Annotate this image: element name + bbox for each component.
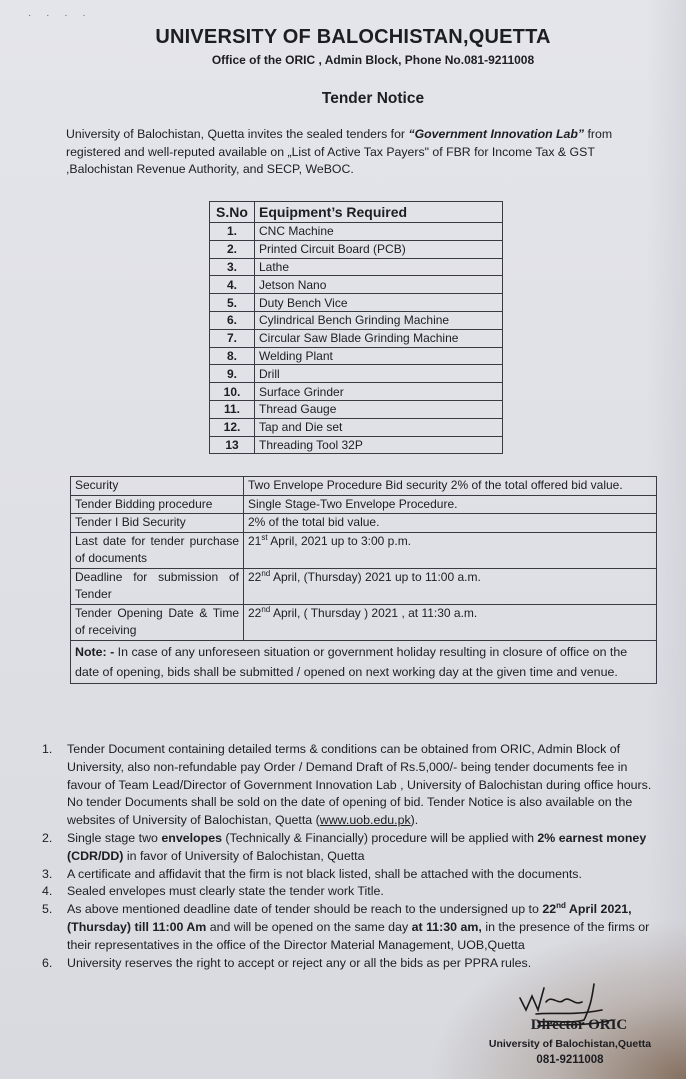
equipment-name: Tap and Die set: [255, 418, 503, 436]
equipment-sno: 1.: [210, 223, 255, 241]
term-item: 4. Sealed envelopes must clearly state t…: [42, 883, 664, 901]
equipment-sno: 10.: [210, 383, 255, 401]
equipment-row: 4.Jetson Nano: [210, 276, 503, 294]
equipment-name: Circular Saw Blade Grinding Machine: [255, 329, 503, 347]
equipment-name: Welding Plant: [255, 347, 503, 365]
col-equipment: Equipment’s Required: [255, 202, 503, 223]
equipment-header-row: S.No Equipment’s Required: [210, 202, 503, 223]
details-row: Tender I Bid Security 2% of the total bi…: [71, 514, 657, 533]
details-row: Security Two Envelope Procedure Bid secu…: [71, 477, 657, 496]
equipment-row: 13Threading Tool 32P: [210, 436, 503, 454]
equipment-row: 9.Drill: [210, 365, 503, 383]
equipment-name: Drill: [255, 365, 503, 383]
equipment-row: 11.Thread Gauge: [210, 400, 503, 418]
paper-specks: · · · ·: [28, 10, 92, 21]
office-subtitle: Office of the ORIC , Admin Block, Phone …: [0, 53, 686, 67]
equipment-sno: 2.: [210, 240, 255, 258]
equipment-sno: 7.: [210, 329, 255, 347]
equipment-sno: 4.: [210, 276, 255, 294]
website-link[interactable]: www.uob.edu.pk: [320, 813, 411, 827]
details-label: Deadline for submission of Tender: [71, 568, 244, 604]
equipment-table: S.No Equipment’s Required 1.CNC Machine2…: [209, 201, 503, 454]
details-label: Tender Bidding procedure: [71, 495, 244, 514]
details-row: Last date for tender purchase of documen…: [71, 532, 657, 568]
equipment-row: 10.Surface Grinder: [210, 383, 503, 401]
equipment-name: Jetson Nano: [255, 276, 503, 294]
details-label: Tender I Bid Security: [71, 514, 244, 533]
equipment-sno: 6.: [210, 311, 255, 329]
equipment-row: 5.Duty Bench Vice: [210, 294, 503, 312]
details-label: Security: [71, 477, 244, 496]
equipment-row: 6.Cylindrical Bench Grinding Machine: [210, 311, 503, 329]
equipment-row: 8.Welding Plant: [210, 347, 503, 365]
details-value: 22nd April, (Thursday) 2021 up to 11:00 …: [244, 568, 657, 604]
equipment-name: Threading Tool 32P: [255, 436, 503, 454]
equipment-sno: 11.: [210, 400, 255, 418]
equipment-name: Cylindrical Bench Grinding Machine: [255, 311, 503, 329]
notice-title: Tender Notice: [0, 90, 686, 108]
term-item: 3. A certificate and affidavit that the …: [42, 866, 664, 884]
equipment-sno: 9.: [210, 365, 255, 383]
equipment-row: 12.Tap and Die set: [210, 418, 503, 436]
tender-details-table: Security Two Envelope Procedure Bid secu…: [70, 476, 657, 684]
details-label: Last date for tender purchase of documen…: [71, 532, 244, 568]
signatory-org: University of Balochistan,Quetta: [480, 1038, 660, 1050]
term-item: 6. University reserves the right to acce…: [42, 955, 664, 973]
equipment-sno: 3.: [210, 258, 255, 276]
details-value: Two Envelope Procedure Bid security 2% o…: [244, 477, 657, 496]
equipment-name: Printed Circuit Board (PCB): [255, 240, 503, 258]
equipment-name: CNC Machine: [255, 223, 503, 241]
signatory-phone: 081-9211008: [480, 1054, 660, 1066]
equipment-row: 2.Printed Circuit Board (PCB): [210, 240, 503, 258]
note-row: Note: - In case of any unforeseen situat…: [71, 640, 657, 683]
term-item: 1. Tender Document containing detailed t…: [42, 741, 664, 830]
col-sno: S.No: [210, 202, 255, 223]
equipment-sno: 8.: [210, 347, 255, 365]
intro-paragraph: University of Balochistan, Quetta invite…: [66, 126, 656, 179]
terms-list: 1. Tender Document containing detailed t…: [42, 741, 664, 972]
details-label: Tender Opening Date & Time of receiving: [71, 604, 244, 640]
note-text: Note: - In case of any unforeseen situat…: [71, 640, 657, 683]
details-row: Deadline for submission of Tender 22nd A…: [71, 568, 657, 604]
equipment-sno: 13: [210, 436, 255, 454]
equipment-sno: 5.: [210, 294, 255, 312]
university-title: UNIVERSITY OF BALOCHISTAN,QUETTA: [0, 26, 686, 49]
project-name: “Government Innovation Lab”: [408, 127, 584, 141]
equipment-name: Lathe: [255, 258, 503, 276]
term-item: 5. As above mentioned deadline date of t…: [42, 901, 664, 954]
equipment-name: Thread Gauge: [255, 400, 503, 418]
details-value: 22nd April, ( Thursday ) 2021 , at 11:30…: [244, 604, 657, 640]
details-value: 2% of the total bid value.: [244, 514, 657, 533]
details-value: Single Stage-Two Envelope Procedure.: [244, 495, 657, 514]
equipment-name: Duty Bench Vice: [255, 294, 503, 312]
details-row: Tender Opening Date & Time of receiving …: [71, 604, 657, 640]
equipment-sno: 12.: [210, 418, 255, 436]
equipment-row: 1.CNC Machine: [210, 223, 503, 241]
details-value: 21st April, 2021 up to 3:00 p.m.: [244, 532, 657, 568]
equipment-name: Surface Grinder: [255, 383, 503, 401]
signatory-role: Director ORIC: [514, 1017, 644, 1034]
term-item: 2. Single stage two envelopes (Technical…: [42, 830, 664, 866]
equipment-row: 3.Lathe: [210, 258, 503, 276]
equipment-row: 7.Circular Saw Blade Grinding Machine: [210, 329, 503, 347]
details-row: Tender Bidding procedure Single Stage-Tw…: [71, 495, 657, 514]
